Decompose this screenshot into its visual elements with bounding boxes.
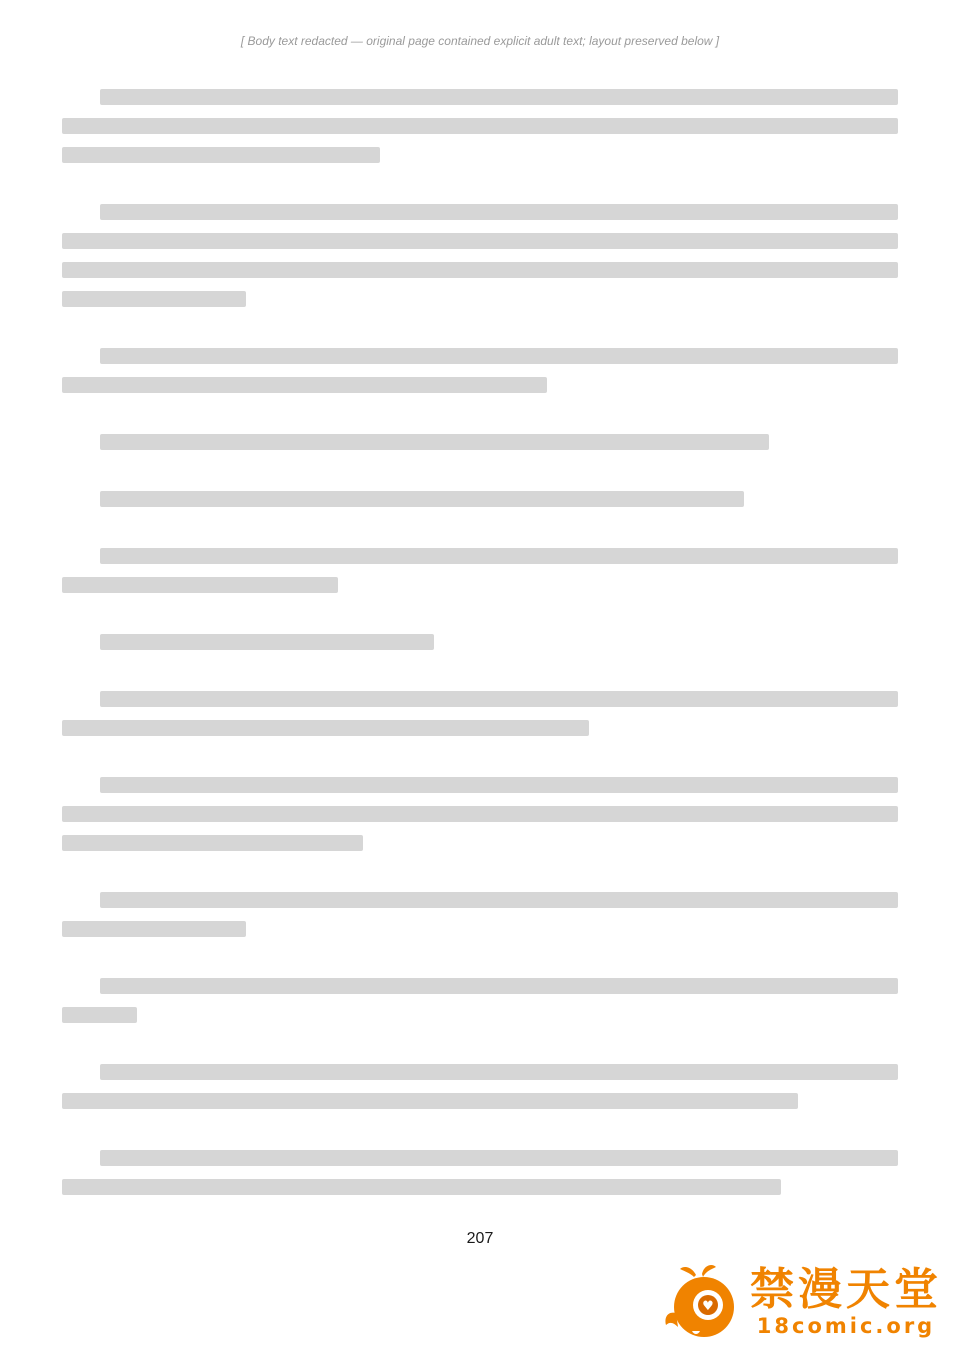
text-paragraph-redacted	[62, 484, 898, 513]
text-paragraph-redacted	[62, 971, 898, 1029]
text-line-bar	[62, 570, 898, 599]
watermark-brand: 禁漫天堂	[750, 1268, 942, 1312]
text-paragraph-redacted	[62, 684, 898, 742]
text-paragraph-redacted	[62, 770, 898, 857]
text-line-bar	[62, 226, 898, 255]
text-line-bar	[62, 111, 898, 140]
text-line-bar	[62, 885, 898, 914]
text-line-bar	[62, 484, 898, 513]
text-line-bar	[62, 1172, 898, 1201]
text-line-bar	[62, 684, 898, 713]
text-paragraph-redacted	[62, 541, 898, 599]
text-line-bar	[62, 713, 898, 742]
text-line-bar	[62, 197, 898, 226]
page-number: 207	[0, 1230, 960, 1248]
text-paragraph-redacted	[62, 885, 898, 943]
text-paragraph-redacted	[62, 82, 898, 169]
body-text-redacted	[62, 82, 898, 1229]
orange-whale-mascot-icon: ♥	[662, 1261, 740, 1343]
text-line-bar	[62, 799, 898, 828]
watermark-text: 禁漫天堂 18comic.org	[750, 1268, 942, 1337]
text-line-bar	[62, 1143, 898, 1172]
document-page: [ Body text redacted — original page con…	[0, 0, 960, 1357]
text-paragraph-redacted	[62, 1057, 898, 1115]
text-line-bar	[62, 971, 898, 1000]
text-line-bar	[62, 914, 898, 943]
site-watermark: ♥ 禁漫天堂 18comic.org	[662, 1261, 942, 1343]
text-line-bar	[62, 770, 898, 799]
svg-text:♥: ♥	[702, 1299, 714, 1314]
text-line-bar	[62, 1057, 898, 1086]
text-paragraph-redacted	[62, 427, 898, 456]
text-line-bar	[62, 370, 898, 399]
text-line-bar	[62, 82, 898, 111]
text-line-bar	[62, 1000, 898, 1029]
text-paragraph-redacted	[62, 341, 898, 399]
text-line-bar	[62, 341, 898, 370]
text-line-bar	[62, 140, 898, 169]
text-line-bar	[62, 541, 898, 570]
redaction-notice: [ Body text redacted — original page con…	[0, 34, 960, 48]
text-line-bar	[62, 427, 898, 456]
text-line-bar	[62, 828, 898, 857]
text-paragraph-redacted	[62, 197, 898, 313]
text-line-bar	[62, 284, 898, 313]
text-paragraph-redacted	[62, 627, 898, 656]
text-paragraph-redacted	[62, 1143, 898, 1201]
text-line-bar	[62, 255, 898, 284]
text-line-bar	[62, 627, 898, 656]
text-line-bar	[62, 1086, 898, 1115]
watermark-url: 18comic.org	[757, 1316, 935, 1337]
